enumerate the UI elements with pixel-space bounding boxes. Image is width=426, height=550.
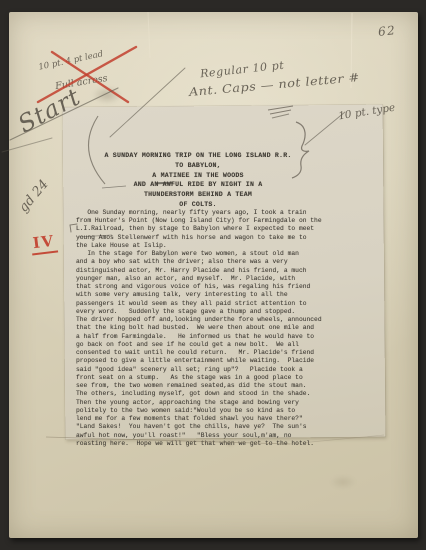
typescript-line: go back on foot and see if he could get … [76, 341, 376, 349]
photo-backdrop: A SUNDAY MORNING TRIP ON THE LONG ISLAND… [0, 0, 426, 550]
typescript-line: One Sunday morning, nearly fifty years a… [76, 209, 376, 217]
typescript-line: politely to the two women said:"Would yo… [76, 407, 376, 415]
typescript-line: In the stage for Babylon were two women,… [76, 250, 376, 258]
typescript-line: that strong and vigorous voice of his, w… [76, 283, 376, 291]
typescript-line: front seat on a stump. As the stage was … [76, 374, 376, 382]
typescript-line: see from, the two women remained seated,… [76, 382, 376, 390]
typescript-line: roasting here. Hope we will get that whe… [76, 440, 376, 448]
typescript-line: passengers it would seem as they all pai… [76, 300, 376, 308]
typescript-line: the Lake House at Islip. [76, 242, 376, 250]
typescript-line: with some very amusing talk, very intere… [76, 291, 376, 299]
typescript-line: said "good idea" scenery all set; ring u… [76, 366, 376, 374]
title-line: A SUNDAY MORNING TRIP ON THE LONG ISLAND… [100, 151, 296, 161]
typescript-line: that the king bolt had busted. We were t… [76, 324, 376, 332]
typescript-line: from Hunter's Point (Now Long Island Cit… [76, 217, 376, 225]
typescript-line: L.I.Railroad, then by stage to Babylon w… [76, 225, 376, 233]
typescript-line: young Amos Stellenwerf with his horse an… [76, 234, 376, 242]
pencil-smudge [92, 86, 122, 104]
paper-stain [330, 475, 356, 489]
typescript-line: "Land Sakes! You haven't got the chills,… [76, 423, 376, 431]
typescript-line: younger man, also an actor, and myself. … [76, 275, 376, 283]
typescript-line: distinguished actor, Mr. Harry Placide a… [76, 267, 376, 275]
typescript-line: The driver hopped off and,looking undert… [76, 316, 376, 324]
typescript-line: lend me for a few moments that folded sh… [76, 415, 376, 423]
typescript-line: awful hot now, you'll roast!" "Bless you… [76, 432, 376, 440]
typescript-line: and a boy who sat with the driver; also … [76, 258, 376, 266]
typescript-body: One Sunday morning, nearly fifty years a… [76, 184, 376, 448]
title-line: A MATINEE IN THE WOODS [100, 171, 296, 181]
chapter-numeral-note: IV [30, 232, 58, 256]
typescript-line: Then the young actor, approaching the st… [76, 399, 376, 407]
page-number-note: 62 [377, 23, 397, 39]
title-line: TO BABYLON, [100, 161, 296, 171]
typescript-line: a half from Farmingdale. He informed us … [76, 333, 376, 341]
typescript-line: proposed to give a little entertainment … [76, 357, 376, 365]
typescript-line: The others, including myself, got down a… [76, 390, 376, 398]
typescript-line: consented to wait until he could return.… [76, 349, 376, 357]
typescript-line: every word. Suddenly the stage gave a th… [76, 308, 376, 316]
